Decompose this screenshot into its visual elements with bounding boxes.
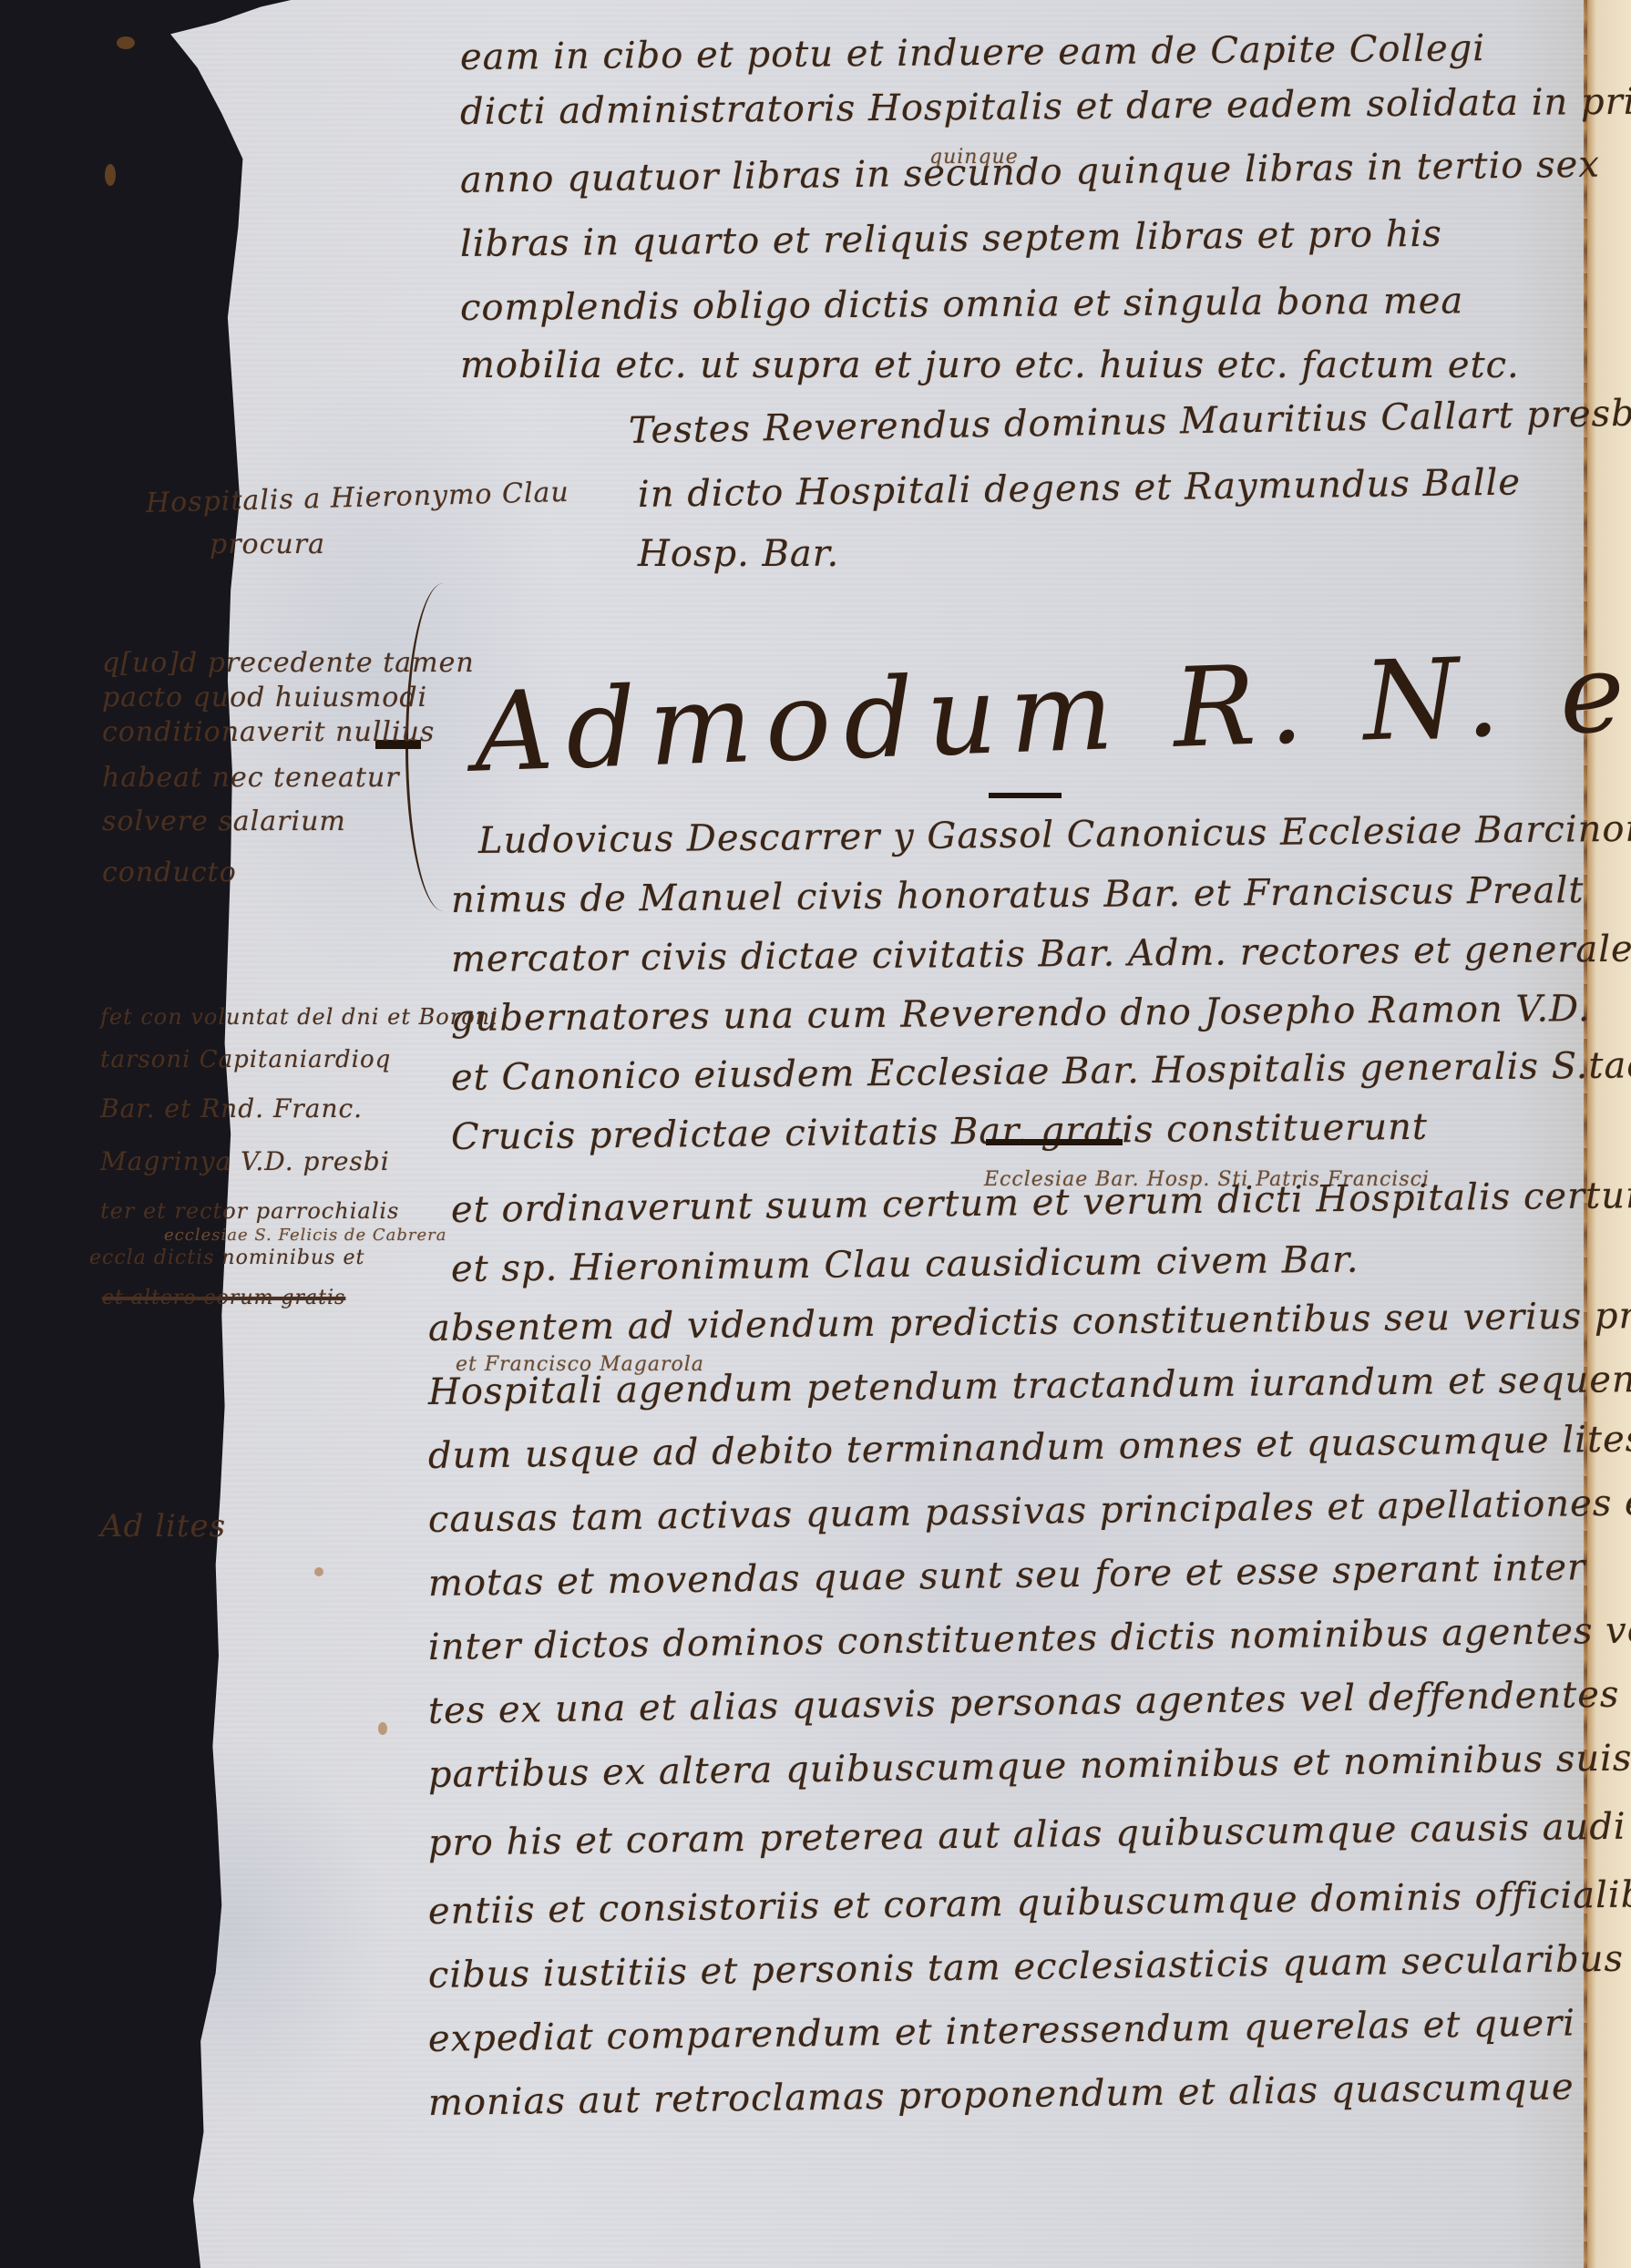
text-line: Hosp. Bar. [638, 533, 839, 575]
margin-note: fet con voluntat del dni et Boroni [100, 1004, 498, 1030]
paper-stain [378, 1722, 387, 1735]
margin-note: procura [210, 529, 325, 560]
margin-note: conditionaverit nullius [102, 716, 435, 748]
margin-note: ecclesiae S. Felicis de Cabrera [164, 1226, 446, 1245]
margin-note: conducto [102, 857, 237, 888]
margin-note: habeat nec teneatur [102, 762, 400, 794]
margin-note: pacto quod huiusmodi [102, 682, 427, 713]
margin-note: Bar. et Rnd. Franc. [100, 1093, 363, 1124]
margin-note: ter et rector parrochialis [100, 1198, 399, 1224]
ink-bar [989, 793, 1062, 798]
text-line: complendis obligo dictis omnia et singul… [460, 280, 1464, 329]
book-gutter [1585, 0, 1631, 2268]
margin-note: Magrinya V.D. presbi [100, 1146, 390, 1176]
manuscript-scan: eam in cibo et potu et induere eam de Ca… [0, 0, 1631, 2268]
margin-note: solvere salarium [102, 806, 346, 837]
text-line: mobilia etc. ut supra et juro etc. huius… [460, 344, 1520, 386]
margin-note: Ad lites [100, 1508, 226, 1544]
gutter-edge [1584, 0, 1587, 2268]
text-line: eam in cibo et potu et induere eam de Ca… [460, 27, 1485, 78]
margin-note: tarsoni Capitaniardioq [100, 1046, 391, 1073]
margin-note: eccla dictis nominibus et [89, 1247, 364, 1269]
margin-note-struck: et altero eorum gratis [102, 1287, 345, 1309]
paper-stain [105, 164, 116, 186]
strikeout-bar [986, 1139, 1123, 1145]
margin-note: q[uo]d precedente tamen [102, 647, 475, 679]
paper-stain [314, 1567, 323, 1576]
paper-stain [117, 36, 135, 49]
